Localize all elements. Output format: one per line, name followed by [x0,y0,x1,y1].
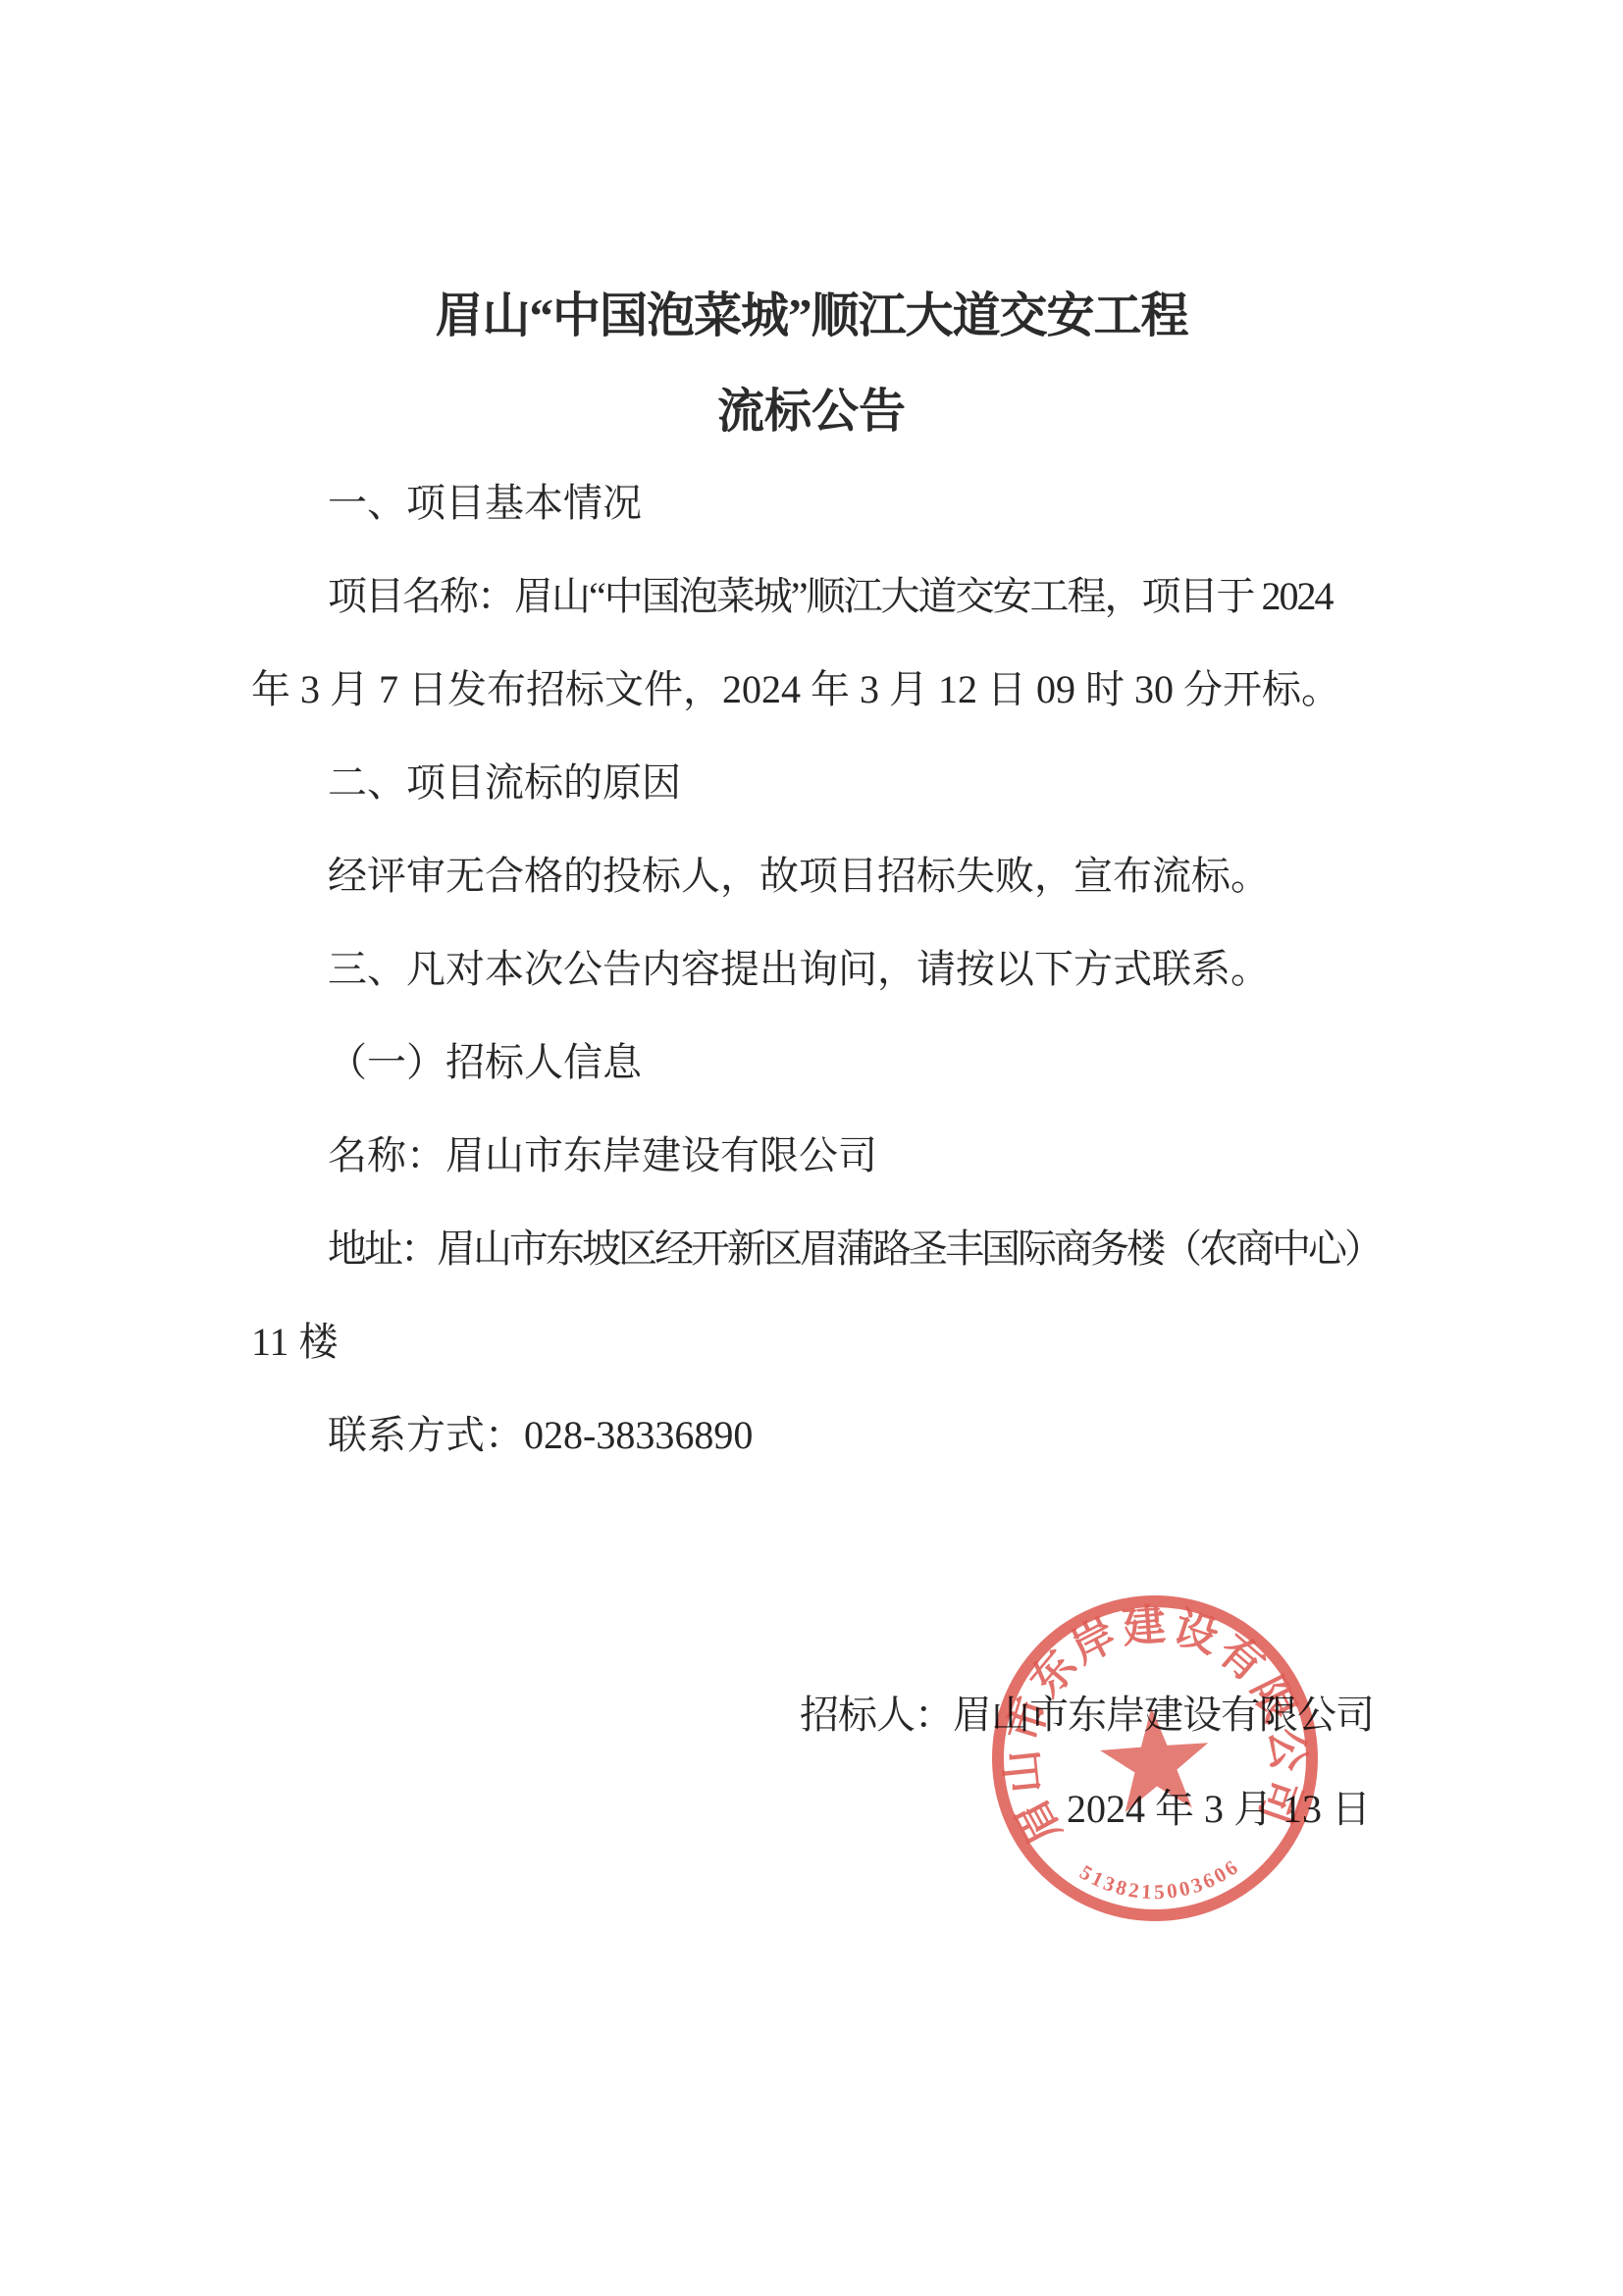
body-line-address-floor: 11 楼 [251,1295,1378,1388]
stamp-star-icon [1097,1703,1212,1813]
body-line-tenderer-info-heading: （一）招标人信息 [251,1016,1378,1109]
document-title-line2: 流标公告 [0,365,1623,458]
body-line-failure-reason: 经评审无合格的投标人，故项目招标失败，宣布流标。 [251,829,1378,922]
document-title-line1: 眉山“中国泡菜城”顺江大道交安工程 [0,269,1623,362]
body-line-company-name: 名称：眉山市东岸建设有限公司 [251,1109,1378,1202]
document-body: 一、项目基本情况 项目名称：眉山“中国泡菜城”顺江大道交安工程，项目于 2024… [251,456,1378,1482]
body-line-section2-heading: 二、项目流标的原因 [251,736,1378,829]
body-line-project-dates: 年 3 月 7 日发布招标文件，2024 年 3 月 12 日 09 时 30 … [251,643,1378,736]
company-seal-stamp: 眉山市东岸建设有限公司 5138215003606 [956,1559,1354,1957]
body-line-contact-phone: 联系方式：028-38336890 [251,1388,1378,1482]
body-line-project-name: 项目名称：眉山“中国泡菜城”顺江大道交安工程，项目于 2024 [251,549,1378,643]
body-line-section3-heading: 三、凡对本次公告内容提出询问，请按以下方式联系。 [251,922,1378,1016]
body-line-section1-heading: 一、项目基本情况 [251,456,1378,549]
scanned-document-page: 眉山“中国泡菜城”顺江大道交安工程 流标公告 一、项目基本情况 项目名称：眉山“… [0,0,1623,2296]
body-line-address: 地址：眉山市东坡区经开新区眉蒲路圣丰国际商务楼（农商中心） [251,1202,1378,1295]
